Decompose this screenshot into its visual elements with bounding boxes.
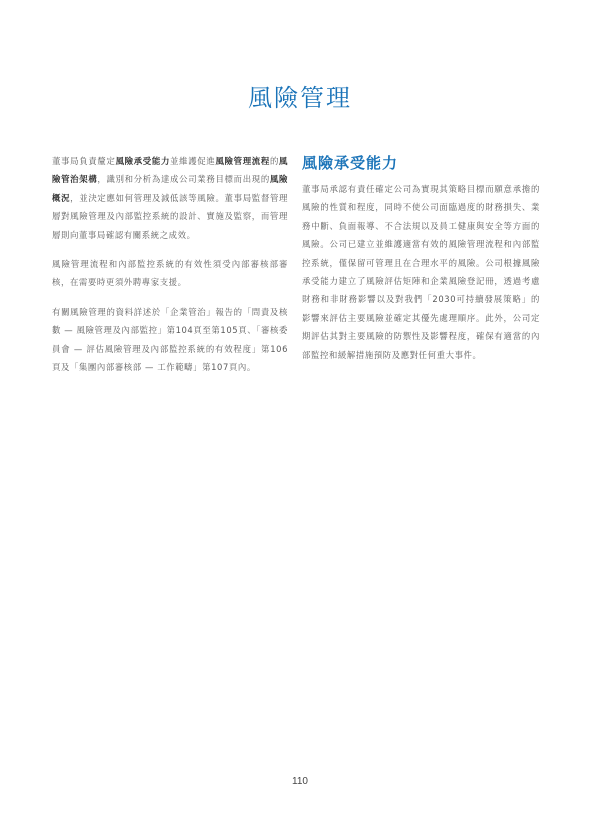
bold-term-risk-appetite: 風險承受能力 <box>116 156 170 166</box>
risk-appetite-paragraph: 董事局承認有責任確定公司為實現其策略目標而願意承擔的風險的性質和程度，同時不使公… <box>302 180 540 364</box>
intro-paragraph: 董事局負責釐定風險承受能力並維護促進風險管理流程的風險管治架構，識別和分析為達成… <box>52 152 288 244</box>
text: 董事局負責釐定 <box>52 156 116 166</box>
page-title: 風險管理 <box>0 78 600 113</box>
right-column: 風險承受能力 董事局承認有責任確定公司為實現其策略目標而願意承擔的風險的性質和程… <box>302 152 540 375</box>
text: 的 <box>270 156 279 166</box>
left-column: 董事局負責釐定風險承受能力並維護促進風險管理流程的風險管治架構，識別和分析為達成… <box>52 152 288 387</box>
audit-paragraph: 風險管理流程和內部監控系統的有效性須受內部審核部審核，在需要時更須外聘專家支援。 <box>52 255 288 292</box>
text: ，識別和分析為達成公司業務目標而出現的 <box>97 174 270 184</box>
reference-paragraph: 有關風險管理的資料詳述於「企業管治」報告的「問責及核數 — 風險管理及內部監控」… <box>52 303 288 377</box>
bold-term-risk-process: 風險管理流程 <box>215 156 269 166</box>
page-number: 110 <box>0 776 600 787</box>
section-heading: 風險承受能力 <box>302 152 540 174</box>
text: ，並決定應如何管理及減低該等風險。董事局監督管理層對風險管理及內部監控系統的設計… <box>52 193 288 240</box>
text: 並維護促進 <box>170 156 215 166</box>
